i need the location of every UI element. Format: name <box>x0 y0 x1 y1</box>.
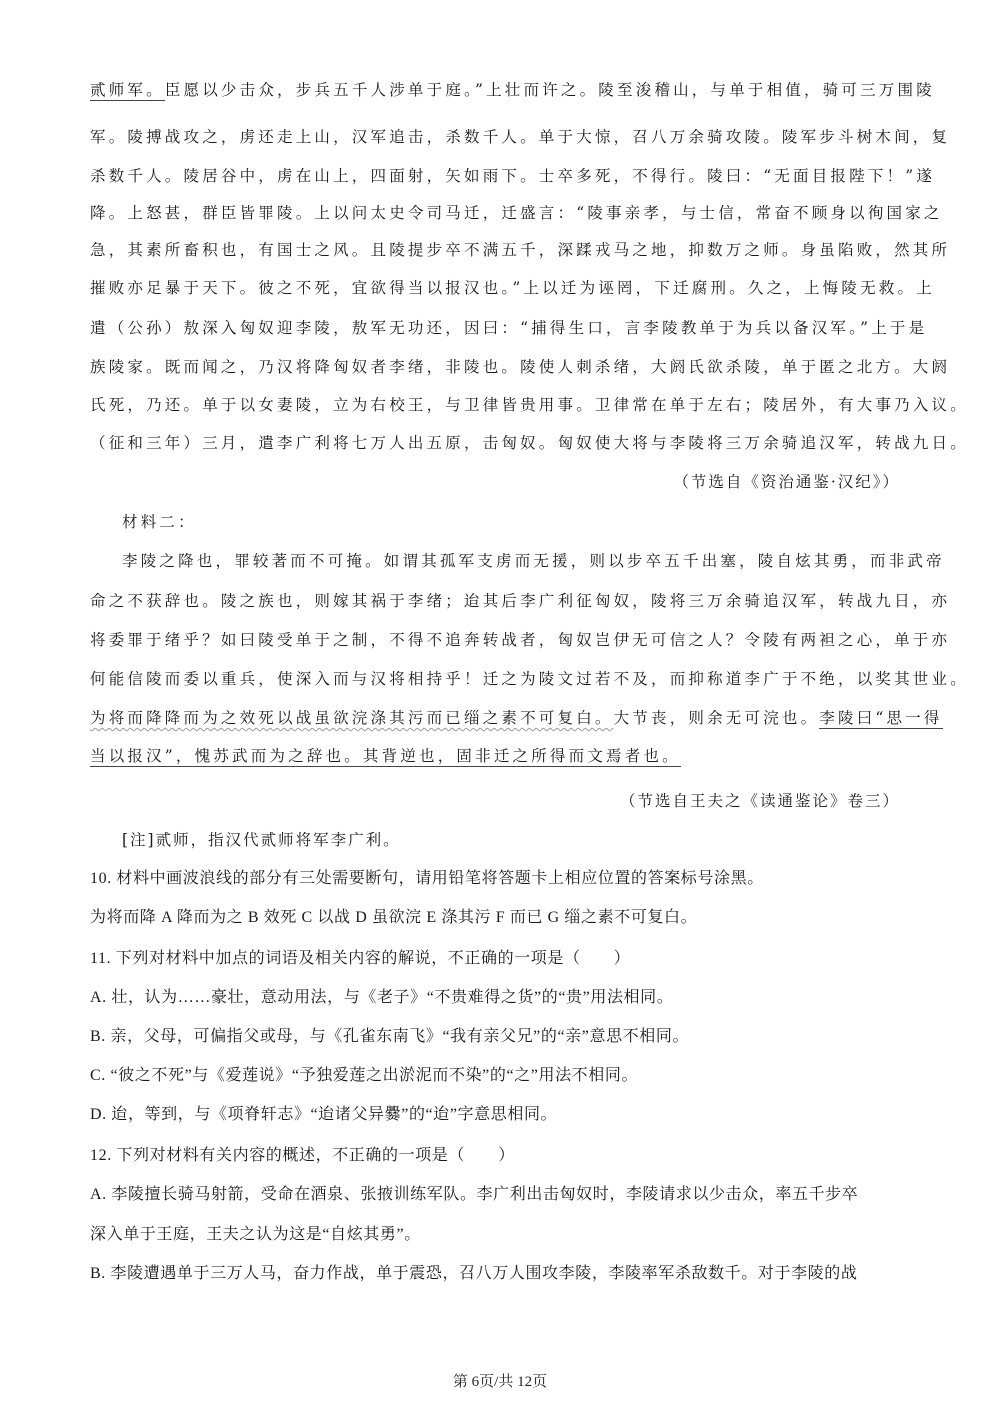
material-two-line: 将委罪于绪乎？如曰陵受单于之制，不得不追奔转战者，匈奴岂伊无可信之人？令陵有两袒… <box>90 630 910 650</box>
question-11-option-a: A. 壮，认为……豪壮，意动用法，与《老子》“不贵难得之货”的“贵”用法相同。 <box>90 988 910 1008</box>
wavy-underlined-text: 为将而降降而为之效死以战虽欲浣涤其污而已缁之素不可复白。 <box>90 709 614 727</box>
material-one-line: 氏死，乃还。单于以女妻陵，立为右校王，与卫律皆贵用事。卫律常在单于左右；陵居外，… <box>90 395 910 415</box>
question-11-stem: 11. 下列对材料中加点的词语及相关内容的解说，不正确的一项是（ ） <box>90 949 910 969</box>
material-one-line: 降。上怒甚，群臣皆罪陵。上以问太史令司马迁，迁盛言：“陵事亲孝，与士信，常奋不顾… <box>90 203 910 223</box>
question-12-option-a-cont: 深入单于王庭，王夫之认为这是“自炫其勇”。 <box>90 1225 910 1245</box>
underlined-text: 贰师军。 <box>90 81 165 101</box>
question-10-stem: 10. 材料中画波浪线的部分有三处需要断句，请用铅笔将答题卡上相应位置的答案标号… <box>90 869 910 889</box>
question-11-option-d: D. 迨，等到，与《项脊轩志》“迨诸父异爨”的“迨”字意思相同。 <box>90 1105 910 1125</box>
material-two-heading: 材料二： <box>122 512 942 532</box>
question-10-sentence: 为将而降 A 降而为之 B 效死 C 以战 D 虽欲浣 E 涤其污 F 而已 G… <box>90 908 910 928</box>
question-12-stem: 12. 下列对材料有关内容的概述，不正确的一项是（ ） <box>90 1146 910 1166</box>
question-12-option-a: A. 李陵擅长骑马射箭，受命在酒泉、张掖训练军队。李广利出击匈奴时，李陵请求以少… <box>90 1185 910 1205</box>
question-12-option-b: B. 李陵遭遇单于三万人马，奋力作战，单于震恐，召八万人围攻李陵，李陵率军杀敌数… <box>90 1264 910 1284</box>
material-two-line: 命之不获辞也。陵之族也，则嫁其祸于李绪；迨其后李广利征匈奴，陵将三万余骑追汉军，… <box>90 591 910 611</box>
exam-page: 贰师军。臣愿以少击众，步兵五千人涉单于庭。”上壮而许之。陵至浚稽山，与单于相值，… <box>0 0 1000 1415</box>
material-two-line: 当以报汉”，愧苏武而为之辞也。其背逆也，固非迁之所得而文焉者也。 <box>90 746 910 766</box>
material-one-line: （征和三年）三月，遣李广利将七万人出五原，击匈奴。匈奴使大将与李陵将三万余骑追汉… <box>90 433 910 453</box>
material-one-line: 贰师军。臣愿以少击众，步兵五千人涉单于庭。”上壮而许之。陵至浚稽山，与单于相值，… <box>90 80 910 100</box>
material-one-line: 军。陵搏战攻之，虏还走上山，汉军追击，杀数千人。单于大惊，召八万余骑攻陵。陵军步… <box>90 127 910 147</box>
question-11-option-c: C. “彼之不死”与《爱莲说》“予独爱莲之出淤泥而不染”的“之”用法不相同。 <box>90 1066 910 1086</box>
material-one-line: 族陵家。既而闻之，乃汉将降匈奴者李绪，非陵也。陵使人刺杀绪，大阏氏欲杀陵，单于匿… <box>90 357 910 377</box>
material-one-line: 杀数千人。陵居谷中，虏在山上，四面射，矢如雨下。士卒多死，不得行。陵曰：“无面目… <box>90 166 910 186</box>
material-two-line: 李陵之降也，罪较著而不可掩。如谓其孤军支虏而无援，则以步卒五千出塞，陵自炫其勇，… <box>122 551 942 571</box>
material-two-line: 为将而降降而为之效死以战虽欲浣涤其污而已缁之素不可复白。大节丧，则余无可浣也。李… <box>90 708 910 728</box>
annotation-note: [注]贰师，指汉代贰师将军李广利。 <box>122 830 942 850</box>
material-two-line: 何能信陵而委以重兵，使深入而与汉将相持乎！迁之为陵文过若不及，而抑称道李广于不绝… <box>90 669 910 689</box>
material-one-line: 急，其素所畜积也，有国士之风。且陵提步卒不满五千，深蹂戎马之地，抑数万之师。身虽… <box>90 240 910 260</box>
material-one-line: 摧败亦足暴于天下。彼之不死，宜欲得当以报汉也。”上以迁为诬罔，下迁腐刑。久之，上… <box>90 278 910 298</box>
material-one-source: （节选自《资治通鉴·汉纪》） <box>673 472 900 492</box>
underlined-text: 当以报汉”，愧苏武而为之辞也。其背逆也，固非迁之所得而文焉者也。 <box>90 747 681 767</box>
question-11-option-b: B. 亲，父母，可偏指父或母，与《孔雀东南飞》“我有亲父兄”的“亲”意思不相同。 <box>90 1027 910 1047</box>
underlined-text: 李陵曰“思一得 <box>819 709 942 729</box>
material-one-line: 遣（公孙）敖深入匈奴迎李陵，敖军无功还，因曰：“捕得生口，言李陵教单于为兵以备汉… <box>90 318 910 338</box>
material-two-source: （节选自王夫之《读通鉴论》卷三） <box>620 791 900 811</box>
page-number: 第 6页/共 12页 <box>0 1370 1000 1391</box>
